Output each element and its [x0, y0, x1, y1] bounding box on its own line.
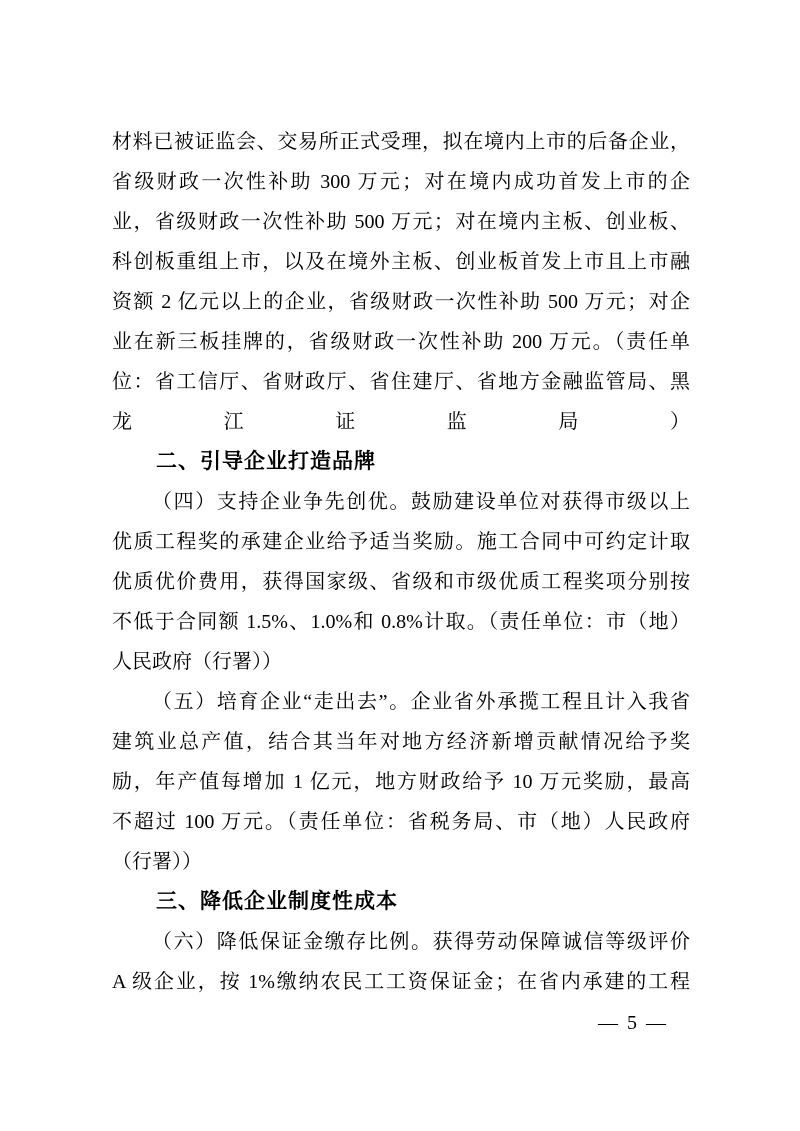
text-line: A 级企业，按 1%缴纳农民工工资保证金；在省内承建的工程 [112, 962, 690, 1002]
section-heading: 二、引导企业打造品牌 [112, 442, 690, 482]
text-line: （四）支持企业争先创优。鼓励建设单位对获得市级以上 [112, 482, 690, 522]
text-line: 优质工程奖的承建企业给予适当奖励。施工合同中可约定计取 [112, 522, 690, 562]
text-line: 龙江证监局） [112, 402, 690, 442]
text-line: 业，省级财政一次性补助 500 万元；对在境内主板、创业板、 [112, 202, 690, 242]
page-number: — 5 — [598, 1008, 668, 1038]
document-page: 材料已被证监会、交易所正式受理，拟在境内上市的后备企业，省级财政一次性补助 30… [0, 0, 800, 1131]
text-line: 省级财政一次性补助 300 万元；对在境内成功首发上市的企 [112, 162, 690, 202]
text-line: 人民政府（行署）） [112, 642, 690, 682]
text-line: 不低于合同额 1.5%、1.0%和 0.8%计取。（责任单位：市（地） [112, 602, 690, 642]
text-line: 建筑业总产值，结合其当年对地方经济新增贡献情况给予奖 [112, 722, 690, 762]
text-line: 位：省工信厅、省财政厅、省住建厅、省地方金融监管局、黑 [112, 362, 690, 402]
text-line: 资额 2 亿元以上的企业，省级财政一次性补助 500 万元；对企 [112, 282, 690, 322]
text-line: 优质优价费用，获得国家级、省级和市级优质工程奖项分别按 [112, 562, 690, 602]
text-line: 科创板重组上市，以及在境外主板、创业板首发上市且上市融 [112, 242, 690, 282]
section-heading: 三、降低企业制度性成本 [112, 882, 690, 922]
text-line: （五）培育企业“走出去”。企业省外承揽工程且计入我省 [112, 682, 690, 722]
text-line: 励，年产值每增加 1 亿元，地方财政给予 10 万元奖励，最高 [112, 762, 690, 802]
text-line: 材料已被证监会、交易所正式受理，拟在境内上市的后备企业， [112, 122, 690, 162]
text-line: （行署）） [112, 842, 690, 882]
text-line: 不超过 100 万元。（责任单位：省税务局、市（地）人民政府 [112, 802, 690, 842]
text-line: （六）降低保证金缴存比例。获得劳动保障诚信等级评价 [112, 922, 690, 962]
text-line: 业在新三板挂牌的，省级财政一次性补助 200 万元。（责任单 [112, 322, 690, 362]
document-body: 材料已被证监会、交易所正式受理，拟在境内上市的后备企业，省级财政一次性补助 30… [112, 122, 690, 1002]
